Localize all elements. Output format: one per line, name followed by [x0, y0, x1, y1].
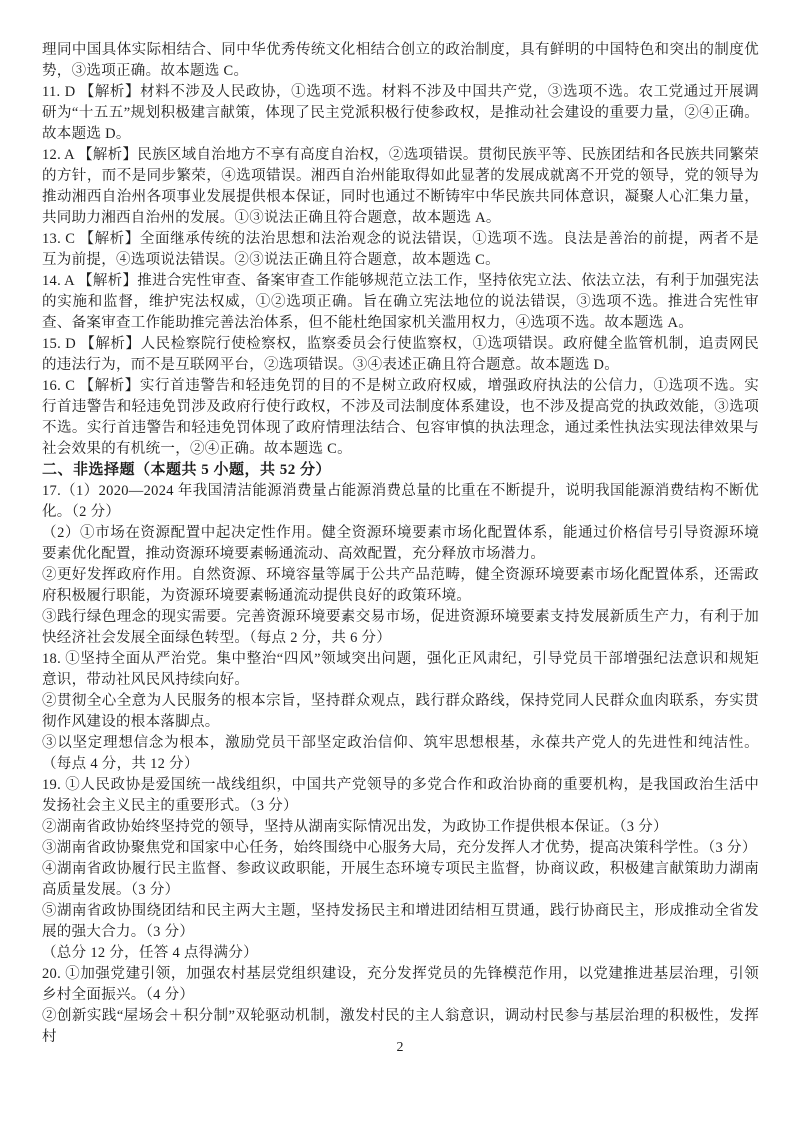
- answer-item-19-point2: ②湖南省政协始终坚持党的领导，坚持从湖南实际情况出发，为政协工作提供根本保证。（…: [42, 817, 759, 838]
- answer-item-19-point5: ⑤湖南省政协围绕团结和民主两大主题，坚持发扬民主和增进团结相互贯通，践行协商民主…: [42, 901, 759, 943]
- answer-item-19-scoring-note: （总分 12 分，任答 4 点得满分）: [42, 943, 759, 964]
- answer-item-18-point2: ②贯彻全心全意为人民服务的根本宗旨，坚持群众观点，践行群众路线，保持党同人民群众…: [42, 691, 759, 733]
- answer-item-17-part2-point3: ③践行绿色理念的现实需要。完善资源环境要素交易市场，促进资源环境要素支持发展新质…: [42, 607, 759, 649]
- document-page: 理同中国具体实际相结合、同中华优秀传统文化相结合创立的政治制度，具有鲜明的中国特…: [0, 0, 800, 1131]
- answer-item-13: 13. C 【解析】全面继承传统的法治思想和法治观念的说法错误，①选项不选。良法…: [42, 229, 759, 271]
- answer-item-18-point1: 18. ①坚持全面从严治党。集中整治“四风”领域突出问题，强化正风肃纪，引导党员…: [42, 649, 759, 691]
- answer-item-17-part2-point1: （2）①市场在资源配置中起决定性作用。健全资源环境要素市场化配置体系，能通过价格…: [42, 523, 759, 565]
- answer-item-15: 15. D 【解析】人民检察院行使检察权，监察委员会行使监察权，①选项错误。政府…: [42, 334, 759, 376]
- answer-item-16: 16. C 【解析】实行首违警告和轻违免罚的目的不是树立政府权威，增强政府执法的…: [42, 376, 759, 460]
- answer-item-11: 11. D 【解析】材料不涉及人民政协，①选项不选。材料不涉及中国共产党，③选项…: [42, 82, 759, 145]
- answer-item-20-point1: 20. ①加强党建引领，加强农村基层党组织建设，充分发挥党员的先锋模范作用，以党…: [42, 964, 759, 1006]
- page-number: 2: [0, 1040, 800, 1056]
- answer-key-content: 理同中国具体实际相结合、同中华优秀传统文化相结合创立的政治制度，具有鲜明的中国特…: [42, 40, 759, 1048]
- answer-item-17-part2-point2: ②更好发挥政府作用。自然资源、环境容量等属于公共产品范畴，健全资源环境要素市场化…: [42, 565, 759, 607]
- answer-item-18-point3: ③以坚定理想信念为根本，激励党员干部坚定政治信仰、筑牢思想根基，永葆共产党人的先…: [42, 733, 759, 775]
- answer-item-14: 14. A 【解析】推进合宪性审查、备案审查工作能够规范立法工作，坚持依宪立法、…: [42, 271, 759, 334]
- answer-item-19-point4: ④湖南省政协履行民主监督、参政议政职能，开展生态环境专项民主监督，协商议政，积极…: [42, 859, 759, 901]
- answer-item-12: 12. A 【解析】民族区域自治地方不享有高度自治权，②选项错误。贯彻民族平等、…: [42, 145, 759, 229]
- answer-item-19-point3: ③湖南省政协聚焦党和国家中心任务，始终围绕中心服务大局，充分发挥人才优势，提高决…: [42, 838, 759, 859]
- answer-item-19-point1: 19. ①人民政协是爱国统一战线组织，中国共产党领导的多党合作和政治协商的重要机…: [42, 775, 759, 817]
- answer-item-17-part1: 17.（1）2020—2024 年我国清洁能源消费量占能源消费总量的比重在不断提…: [42, 481, 759, 523]
- answer-paragraph-continuation: 理同中国具体实际相结合、同中华优秀传统文化相结合创立的政治制度，具有鲜明的中国特…: [42, 40, 759, 82]
- section-heading-non-choice: 二、非选择题（本题共 5 小题，共 52 分）: [42, 460, 759, 481]
